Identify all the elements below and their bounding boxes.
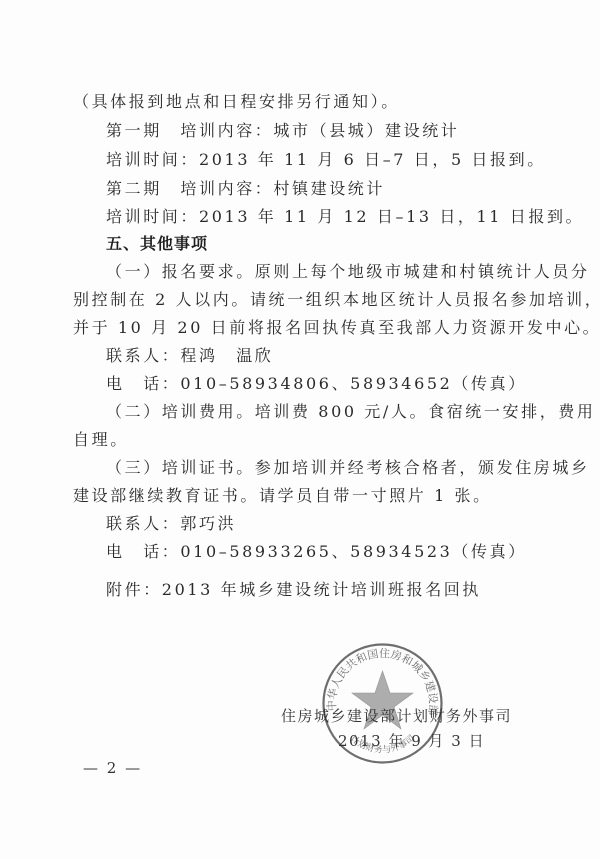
attachment-line: 附件：2013 年城乡建设统计培训班报名回执 <box>106 580 481 600</box>
text-line: （三）培训证书。参加培训并经考核合格者，颁发住房城乡 <box>106 458 590 478</box>
text-line: 并于 10 月 20 日前将报名回执传真至我部人力资源开发中心。 <box>73 318 600 338</box>
text-line: （一）报名要求。原则上每个地级市城建和村镇统计人员分 <box>106 262 590 282</box>
text-line: （具体报到地点和日程安排另行通知）。 <box>73 92 400 112</box>
contact-line: 联系人：郭巧洪 <box>106 514 236 534</box>
phone-line: 电 话：010–58934806、58934652（传真） <box>106 374 527 394</box>
page-number: — 2 — <box>83 759 142 777</box>
text-line: 自理。 <box>73 430 129 450</box>
text-line: （二）培训费用。培训费 800 元/人。食宿统一安排，费用 <box>106 402 596 422</box>
contact-line: 联系人：程鸿 温欣 <box>106 346 273 366</box>
text-line: 第一期 培训内容：城市（县城）建设统计 <box>106 121 459 141</box>
section-heading: 五、其他事项 <box>106 234 208 254</box>
document-page: （具体报到地点和日程安排另行通知）。 第一期 培训内容：城市（县城）建设统计 培… <box>0 0 600 859</box>
text-line: 第二期 培训内容：村镇建设统计 <box>106 179 385 199</box>
text-line: 培训时间：2013 年 11 月 6 日–7 日，5 日报到。 <box>106 150 546 170</box>
text-line: 培训时间：2013 年 11 月 12 日–13 日，11 日报到。 <box>106 207 584 227</box>
signature-date: 2013 年 9 月 3 日 <box>338 730 485 751</box>
signature-org: 住房城乡建设部计划财务外事司 <box>281 705 512 726</box>
text-line: 建设部继续教育证书。请学员自带一寸照片 1 张。 <box>73 486 492 506</box>
phone-line: 电 话：010–58933265、58934523（传真） <box>106 542 527 562</box>
text-line: 别控制在 2 人以内。请统一组织本地区统计人员报名参加培训， <box>73 290 600 310</box>
